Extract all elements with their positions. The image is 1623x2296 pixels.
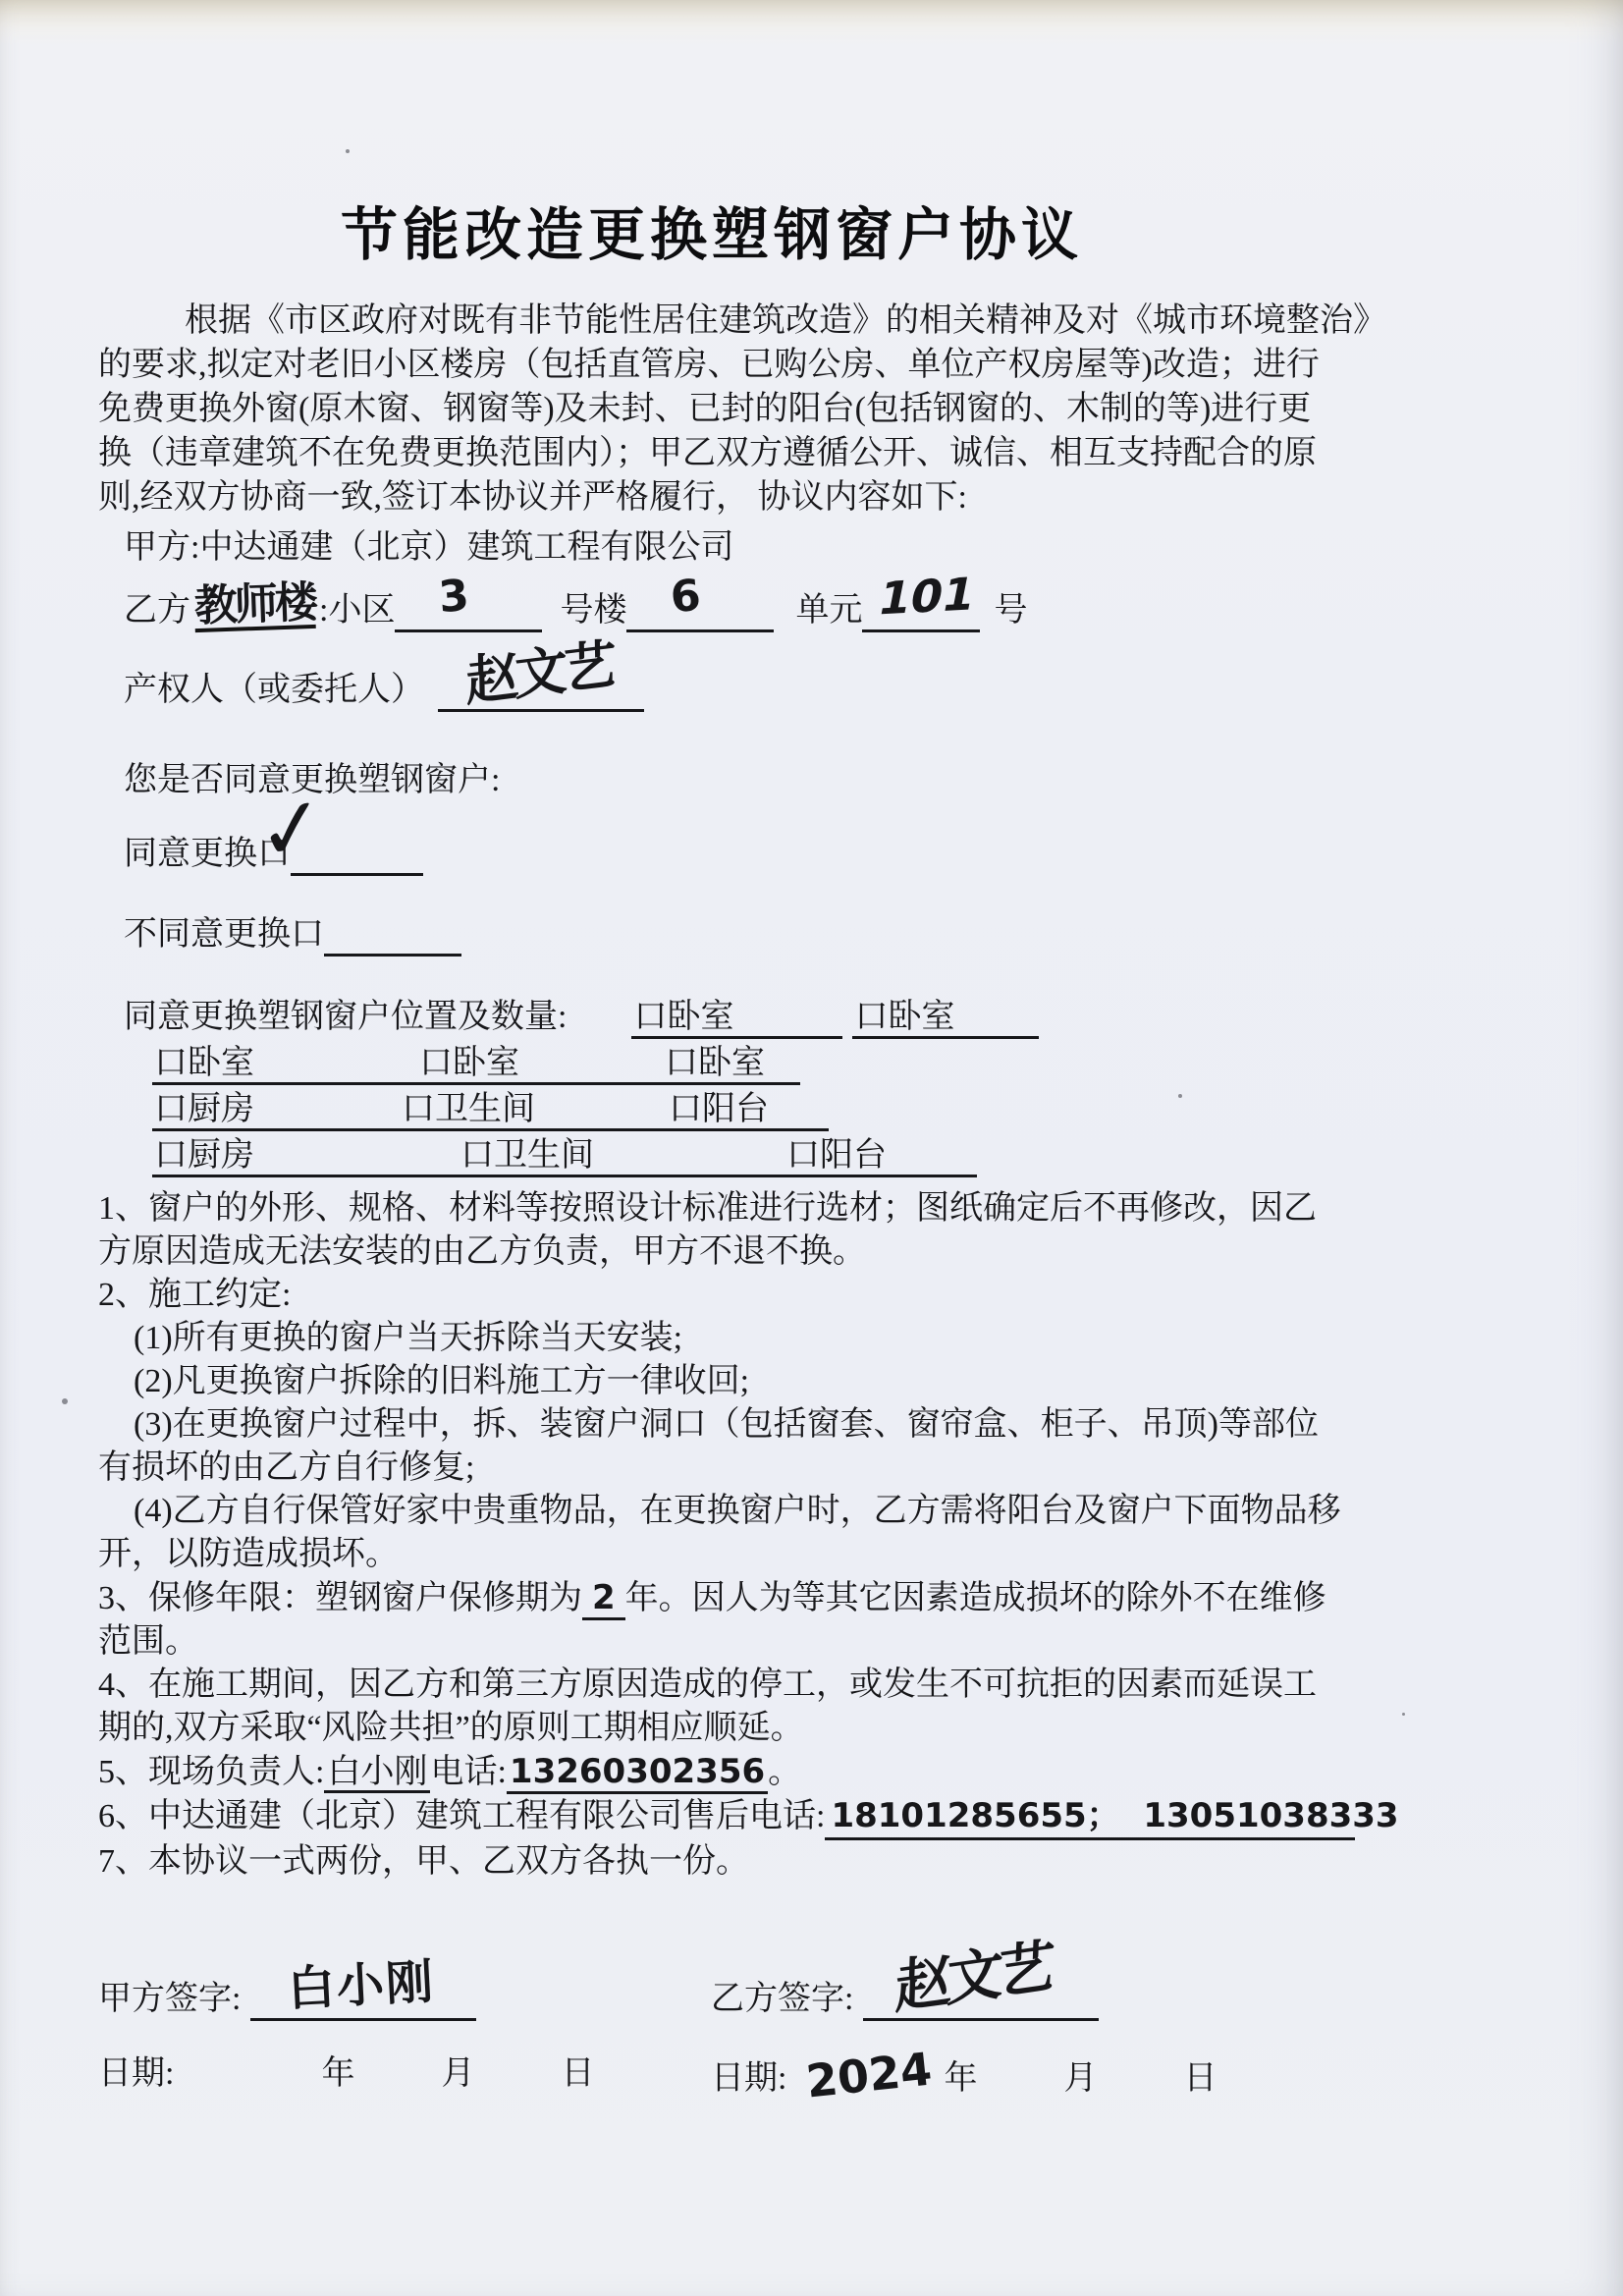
checkmark-handwritten: ✓ [251,784,331,875]
month-label: 月 [1063,2060,1097,2097]
location-cell: 口卧室 [663,1041,800,1085]
intro-line: 换（违章建筑不在免费更换范围内）；甲乙双方遵循公开、诚信、相互支持配合的原 [98,431,1325,475]
scanned-agreement-page: 节能改造更换塑钢窗户协议 根据《市区政府对既有非节能性居住建筑改造》的相关精神及… [0,0,1623,2296]
owner-signature-handwritten: 赵文艺 [465,638,613,710]
year-label: 年 [944,2060,977,2097]
term-1-line: 方原因造成无法安装的由乙方负责，甲方不退不换。 [98,1230,1325,1274]
disagree-option-line: 不同意更换口 [124,912,1325,963]
location-cell: 口厨房 [152,1087,400,1131]
owner-signature-field: 赵文艺 [438,671,644,712]
unit-label: 单元 [795,592,862,629]
unit-number-handwritten: 101 [875,572,979,622]
disagree-answer-field [324,915,461,957]
aftersales-phones: 18101285655； 13051038333 [825,1794,1355,1840]
location-cell-label: 口厨房 [154,1137,254,1174]
location-cell: 口卧室 [852,995,1039,1039]
party-b-date-line: 日期:2024年月日 [711,2051,1324,2101]
document-content: 节能改造更换塑钢窗户协议 根据《市区政府对既有非节能性居住建筑改造》的相关精神及… [98,189,1325,2101]
term-1-line: 1、窗户的外形、规格、材料等按照设计标准进行选材；图纸确定后不再修改，因乙 [98,1187,1325,1230]
location-cell: 口卫生间 [400,1087,667,1131]
locations-header-label: 同意更换塑钢窗户位置及数量: [124,999,567,1035]
location-cell: 口厨房 [152,1133,459,1177]
scan-speck [1402,1713,1405,1716]
building-label: 号楼 [560,592,626,629]
party-a-signature-handwritten: 白小刚 [287,1958,436,2013]
document-title: 节能改造更换塑钢窗户协议 [98,189,1325,271]
intro-paragraph: 根据《市区政府对既有非节能性居住建筑改造》的相关精神及对《城市环境整治》 的要求… [98,299,1325,519]
party-a-signature-line: 甲方签字:白小刚 [98,1977,711,2036]
site-manager-phone: 13260302356 [507,1752,768,1794]
estate-name-handwritten: 教师楼 [193,581,316,632]
term-5-pre: 5、现场负责人: [98,1754,324,1790]
term-2-item-continuation: 开，以防造成损坏。 [98,1533,1325,1576]
party-b-line: 乙方教师楼:小区3号楼6单元101号 [124,585,1325,642]
intro-line: 的要求,拟定对老旧小区楼房（包括直管房、已购公房、单位产权房屋等)改造；进行 [98,343,1325,387]
term-6-line: 6、中达通建（北京）建筑工程有限公司售后电话:18101285655； 1305… [98,1794,1325,1840]
district-number-field: 3 [395,591,542,632]
owner-label: 产权人（或委托人） [124,672,424,708]
location-cell-label: 口卧室 [419,1045,519,1081]
party-b-signature-field: 赵文艺 [863,1980,1099,2021]
party-b-signature-line: 乙方签字:赵文艺 [711,1977,1324,2036]
month-label: 月 [441,2055,474,2092]
building-number-field: 6 [626,591,774,632]
location-cell-label: 口阳台 [669,1091,769,1127]
term-5-mid: 电话: [430,1754,506,1790]
location-cell: 口卧室 [631,995,842,1039]
party-a-signature-column: 甲方签字:白小刚 日期:年月日 [98,1977,711,2101]
location-cell-label: 口卧室 [665,1045,765,1081]
locations-row: 口卧室口卧室口卧室 [152,1041,1325,1085]
location-cell: 口阳台 [667,1087,829,1131]
location-cell-label: 口卫生间 [402,1091,535,1127]
term-2-item-continuation: 有损坏的由乙方自行修复; [98,1447,1325,1490]
term-6-pre: 6、中达通建（北京）建筑工程有限公司售后电话: [98,1798,825,1834]
term-3-pre: 3、保修年限：塑钢窗户保修期为 [98,1580,582,1616]
unit-number-field: 101 [862,591,980,632]
term-2-item: (4)乙方自行保管好家中贵重物品，在更换窗户时，乙方需将阳台及窗户下面物品移 [98,1490,1325,1533]
warranty-years-value: 2 [582,1578,625,1620]
location-cell-label: 口厨房 [154,1091,254,1127]
location-cell-label: 口阳台 [786,1137,887,1174]
location-cell: 口卧室 [152,1041,417,1085]
location-cell-label: 口卧室 [854,999,954,1035]
party-b-signature-label: 乙方签字: [711,1981,853,2017]
location-cell: 口卧室 [417,1041,663,1085]
site-manager-name: 白小刚 [324,1754,430,1793]
party-a-date-line: 日期:年月日 [98,2051,711,2096]
agree-option-line: 同意更换口✓ [124,832,1325,883]
party-b-prefix: 乙方 [124,592,190,629]
term-2-item: (3)在更换窗户过程中，拆、装窗户洞口（包括窗套、窗帘盒、柜子、吊顶)等部位 [98,1403,1325,1447]
party-b-signature-column: 乙方签字:赵文艺 日期:2024年月日 [711,1977,1324,2101]
party-a-signature-field: 白小刚 [250,1980,476,2021]
location-cell-label: 口卧室 [633,999,733,1035]
term-2-header: 2、施工约定: [98,1274,1325,1317]
date-label: 日期: [98,2055,174,2092]
terms-list: 1、窗户的外形、规格、材料等按照设计标准进行选材；图纸确定后不再修改，因乙 方原… [98,1187,1325,1884]
date-label: 日期: [711,2060,786,2097]
district-label: :小区 [319,592,395,629]
day-label: 日 [1183,2060,1217,2097]
term-7-line: 7、本协议一式两份，甲、乙双方各执一份。 [98,1840,1325,1884]
term-3-post: 年。因人为等其它因素造成损坏的除外不在维修 [625,1580,1326,1616]
year-label: 年 [321,2055,354,2092]
day-label: 日 [561,2055,594,2092]
party-a-line: 甲方:中达通建（北京）建筑工程有限公司 [124,525,1325,570]
signature-section: 甲方签字:白小刚 日期:年月日 乙方签字:赵文艺 日期:2024年月日 [98,1977,1325,2101]
party-b-signature-handwritten: 赵文艺 [894,1938,1052,2017]
term-5-line: 5、现场负责人:白小刚电话:13260302356。 [98,1750,1325,1794]
scan-speck [62,1398,68,1404]
year-handwritten: 2024 [804,2047,934,2104]
intro-line: 免费更换外窗(原木窗、钢窗等)及未封、已封的阳台(包括钢窗的、木制的等)进行更 [98,387,1325,431]
term-2-item: (2)凡更换窗户拆除的旧料施工方一律收回; [98,1360,1325,1403]
party-a-signature-label: 甲方签字: [98,1981,241,2017]
district-number-handwritten: 3 [438,574,471,621]
location-cell-label: 口卧室 [154,1045,254,1081]
location-cell: 口阳台 [784,1133,977,1177]
locations-row: 口厨房口卫生间口阳台 [152,1087,1325,1131]
building-number-handwritten: 6 [670,574,703,621]
term-2-item: (1)所有更换的窗户当天拆除当天安装; [98,1317,1325,1360]
term-3-continuation: 范围。 [98,1620,1325,1664]
term-3-line: 3、保修年限：塑钢窗户保修期为2年。因人为等其它因素造成损坏的除外不在维修 [98,1576,1325,1620]
disagree-label: 不同意更换口 [124,916,324,953]
term-5-period: 。 [768,1754,801,1790]
owner-line: 产权人（或委托人）赵文艺 [124,668,1325,729]
term-4-line: 4、在施工期间，因乙方和第三方原因造成的停工，或发生不可抗拒的因素而延误工 [98,1664,1325,1707]
unit-suffix: 号 [994,592,1027,629]
scan-speck [346,149,350,153]
agree-answer-field: ✓ [291,835,423,876]
location-cell: 口卫生间 [459,1133,784,1177]
term-4-continuation: 期的,双方采取“风险共担”的原则工期相应顺延。 [98,1707,1325,1750]
intro-line: 则,经双方协商一致,签订本协议并严格履行， 协议内容如下: [98,475,1325,519]
location-cell-label: 口卫生间 [460,1137,594,1174]
locations-header-line: 同意更换塑钢窗户位置及数量:口卧室口卧室 [124,995,1325,1039]
locations-row: 口厨房口卫生间口阳台 [152,1133,1325,1177]
intro-line: 根据《市区政府对既有非节能性居住建筑改造》的相关精神及对《城市环境整治》 [98,299,1325,343]
